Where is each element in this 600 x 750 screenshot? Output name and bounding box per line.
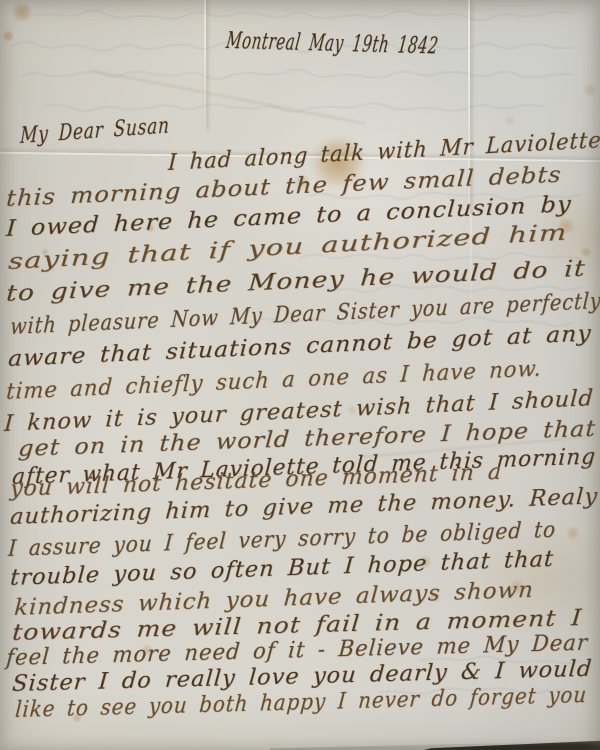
letter-date-line: Montreal May 19th 1842 <box>225 28 440 59</box>
letter-scan: Montreal May 19th 1842 My Dear Susan I h… <box>0 0 600 750</box>
